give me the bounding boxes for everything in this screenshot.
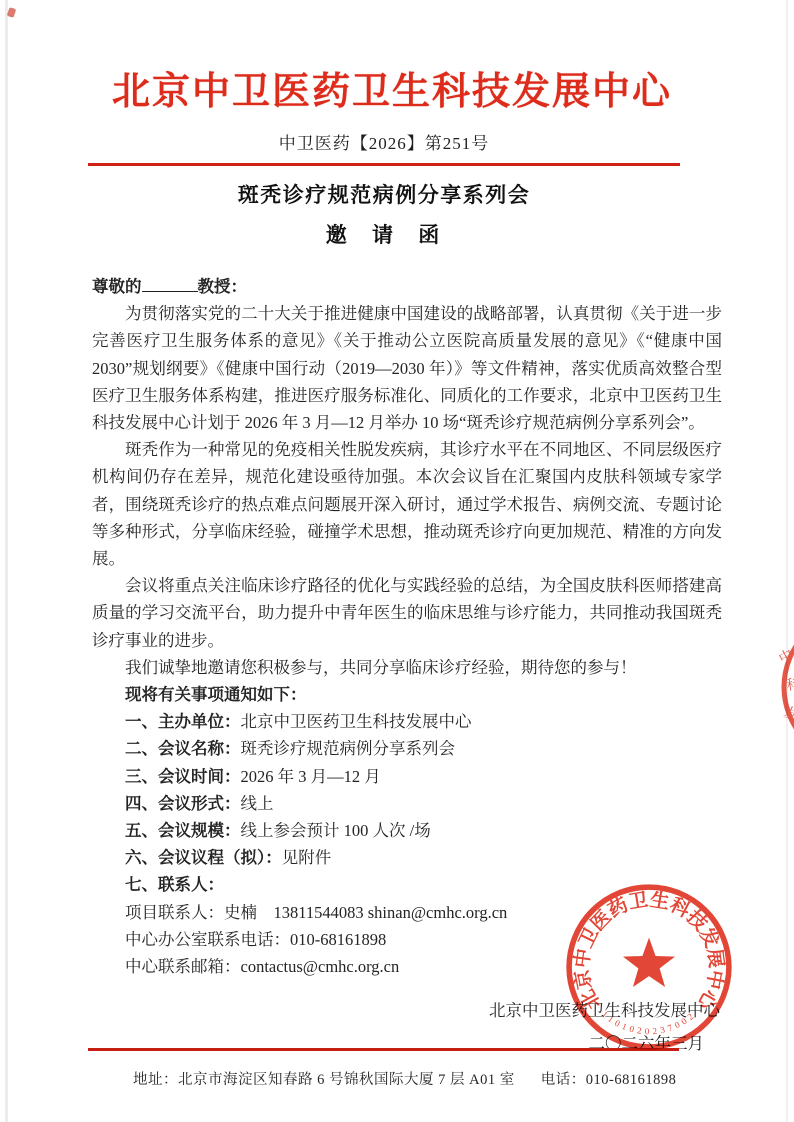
footer-address-label: 地址： [133,1072,178,1088]
salutation-blank-underline [142,276,198,292]
doc-number: 中卫医药【2026】第251号 [88,129,680,154]
scan-artifact-right-edge [786,0,788,1122]
notice-heading: 现将有关事项通知如下： [92,681,722,708]
edge-seal-char: 科 [785,675,794,694]
invitation-letter-page: 北京中卫医药卫生科技发展中心 中卫医药【2026】第251号 斑秃诊疗规范病例分… [0,0,794,1122]
subject-title: 斑秃诊疗规范病例分享系列会 [88,179,680,209]
official-seal: 北京中卫医药卫生科技发展中心 1101020237002 [560,878,738,1056]
edge-seal-char: 发 [782,704,794,723]
list-item-time: 三、会议时间：2026 年 3 月—12 月 [92,763,722,790]
svg-text:1101020237002: 1101020237002 [600,1009,698,1036]
item-value: 线上 [241,794,274,813]
item-label: 二、会议名称： [125,739,241,758]
footer-phone-label: 电话： [541,1072,586,1088]
org-title: 北京中卫医药卫生科技发展中心 [88,60,680,115]
item-label: 四、会议形式： [125,794,241,813]
item-value: 2026 年 3 月—12 月 [241,767,381,786]
item-label: 六、会议议程（拟）： [125,848,282,867]
item-value: 斑秃诊疗规范病例分享系列会 [241,739,456,758]
list-item-agenda: 六、会议议程（拟）：见附件 [92,844,722,871]
scan-artifact-red-speck [7,7,16,18]
item-value: 见附件 [282,848,332,867]
header-red-rule [88,163,680,166]
footer-phone: 010-68161898 [586,1072,677,1088]
star-icon [623,938,675,987]
salutation: 尊敬的教授： [92,273,722,300]
item-value: 线上参会预计 100 人次 /场 [241,821,431,840]
list-item-format: 四、会议形式：线上 [92,790,722,817]
footer: 地址：北京市海淀区知春路 6 号锦秋国际大厦 7 层 A01 室电话：010-6… [133,1068,676,1089]
list-item-scale: 五、会议规模：线上参会预计 100 人次 /场 [92,817,722,844]
paragraph-2: 斑秃作为一种常见的免疫相关性脱发疾病，其诊疗水平在不同地区、不同层级医疗机构间仍… [92,436,722,572]
salutation-suffix: 教授： [198,277,248,296]
list-item-name: 二、会议名称：斑秃诊疗规范病例分享系列会 [92,735,722,762]
item-label: 七、联系人： [125,875,224,894]
letter-type-title: 邀 请 函 [88,219,680,249]
edge-seal-partial: 中 科 发 [748,612,794,762]
list-item-host: 一、主办单位：北京中卫医药卫生科技发展中心 [92,708,722,735]
salutation-prefix: 尊敬的 [92,277,142,296]
paragraph-3: 会议将重点关注临床诊疗路径的优化与实践经验的总结，为全国皮肤科医师搭建高质量的学… [92,572,722,654]
letterhead: 北京中卫医药卫生科技发展中心 中卫医药【2026】第251号 斑秃诊疗规范病例分… [88,0,680,249]
item-label: 一、主办单位： [125,712,241,731]
seal-serial-number: 1101020237002 [600,1009,698,1036]
paragraph-4: 我们诚挚地邀请您积极参与，共同分享临床诊疗经验，期待您的参与！ [92,654,722,681]
footer-address: 北京市海淀区知春路 6 号锦秋国际大厦 7 层 A01 室 [178,1072,515,1088]
scan-artifact-left-edge [5,0,8,1122]
paragraph-1: 为贯彻落实党的二十大关于推进健康中国建设的战略部署，认真贯彻《关于进一步完善医疗… [92,300,722,436]
item-label: 三、会议时间： [125,767,241,786]
item-value: 北京中卫医药卫生科技发展中心 [241,712,472,731]
item-label: 五、会议规模： [125,821,241,840]
